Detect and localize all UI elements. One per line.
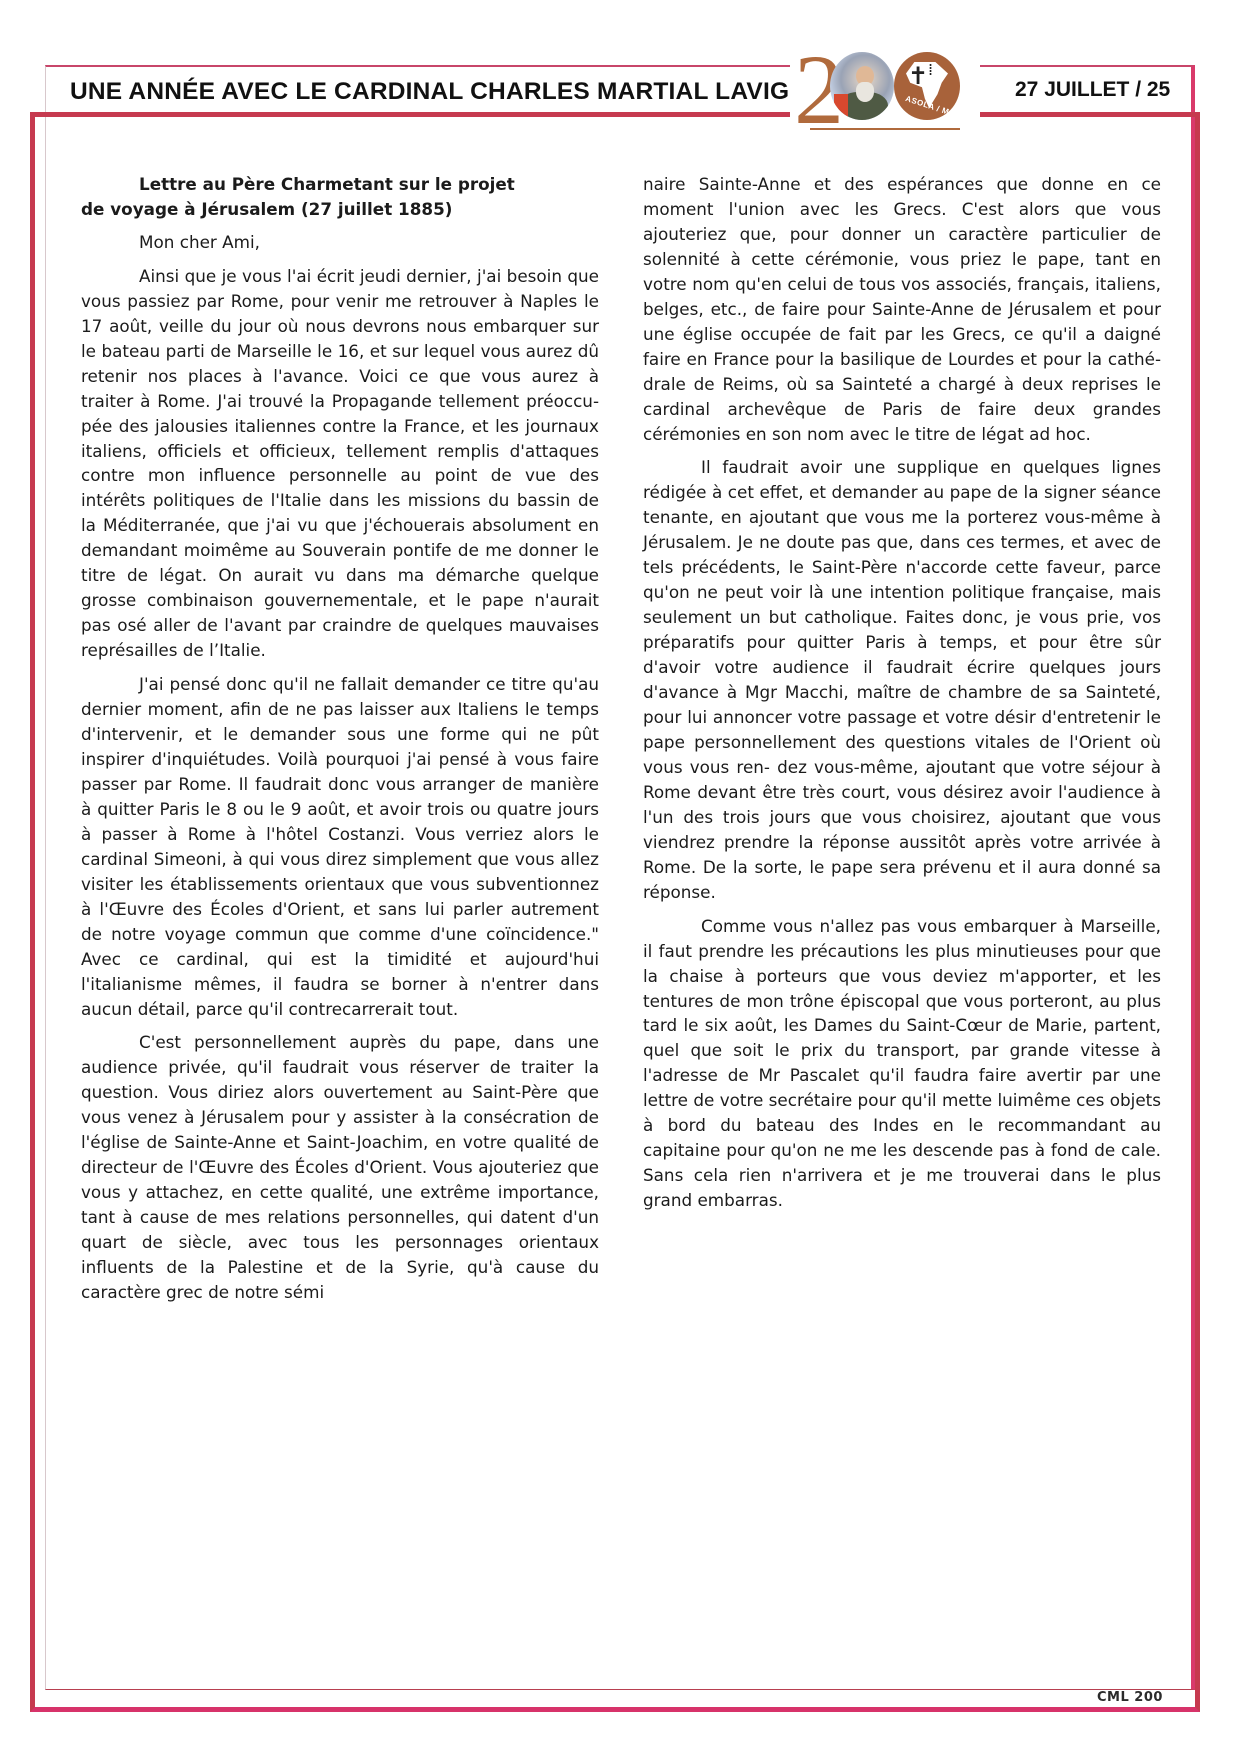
letter-heading: Lettre au Père Charmetant sur le projet … — [81, 172, 599, 222]
paragraph-continuation: naire Sainte-Anne et des espérances que … — [643, 172, 1161, 446]
bicentenary-logo: 2 ✝ ⁞ ASOLA / M.AFR — [790, 48, 980, 140]
cross-icon: ✝ — [908, 64, 928, 88]
salutation: Mon cher Ami, — [81, 230, 599, 255]
paragraph: Il faudrait avoir une supplique en quelq… — [643, 455, 1161, 904]
paragraph: J'ai pensé donc qu'il ne fallait demande… — [81, 672, 599, 1021]
paragraph: Comme vous n'allez pas vous embarquer à … — [643, 914, 1161, 1213]
header-date-page: 27 JUILLET / 25 — [1015, 78, 1170, 102]
text-column-right: naire Sainte-Anne et des espérances que … — [643, 172, 1161, 1222]
footer-code: CML 200 — [1097, 1690, 1163, 1705]
paragraph: C'est personnellement auprès du pape, da… — [81, 1030, 599, 1304]
rosary-icon: ⁞ — [928, 62, 933, 78]
running-header-title: UNE ANNÉE AVEC LE CARDINAL CHARLES MARTI… — [70, 78, 847, 106]
text-column-left: Lettre au Père Charmetant sur le projet … — [81, 172, 599, 1314]
paragraph: Ainsi que je vous l'ai écrit jeudi derni… — [81, 264, 599, 663]
cardinal-portrait-icon — [830, 52, 894, 120]
africa-cross-emblem-icon: ✝ ⁞ ASOLA / M.AFR — [894, 52, 960, 120]
